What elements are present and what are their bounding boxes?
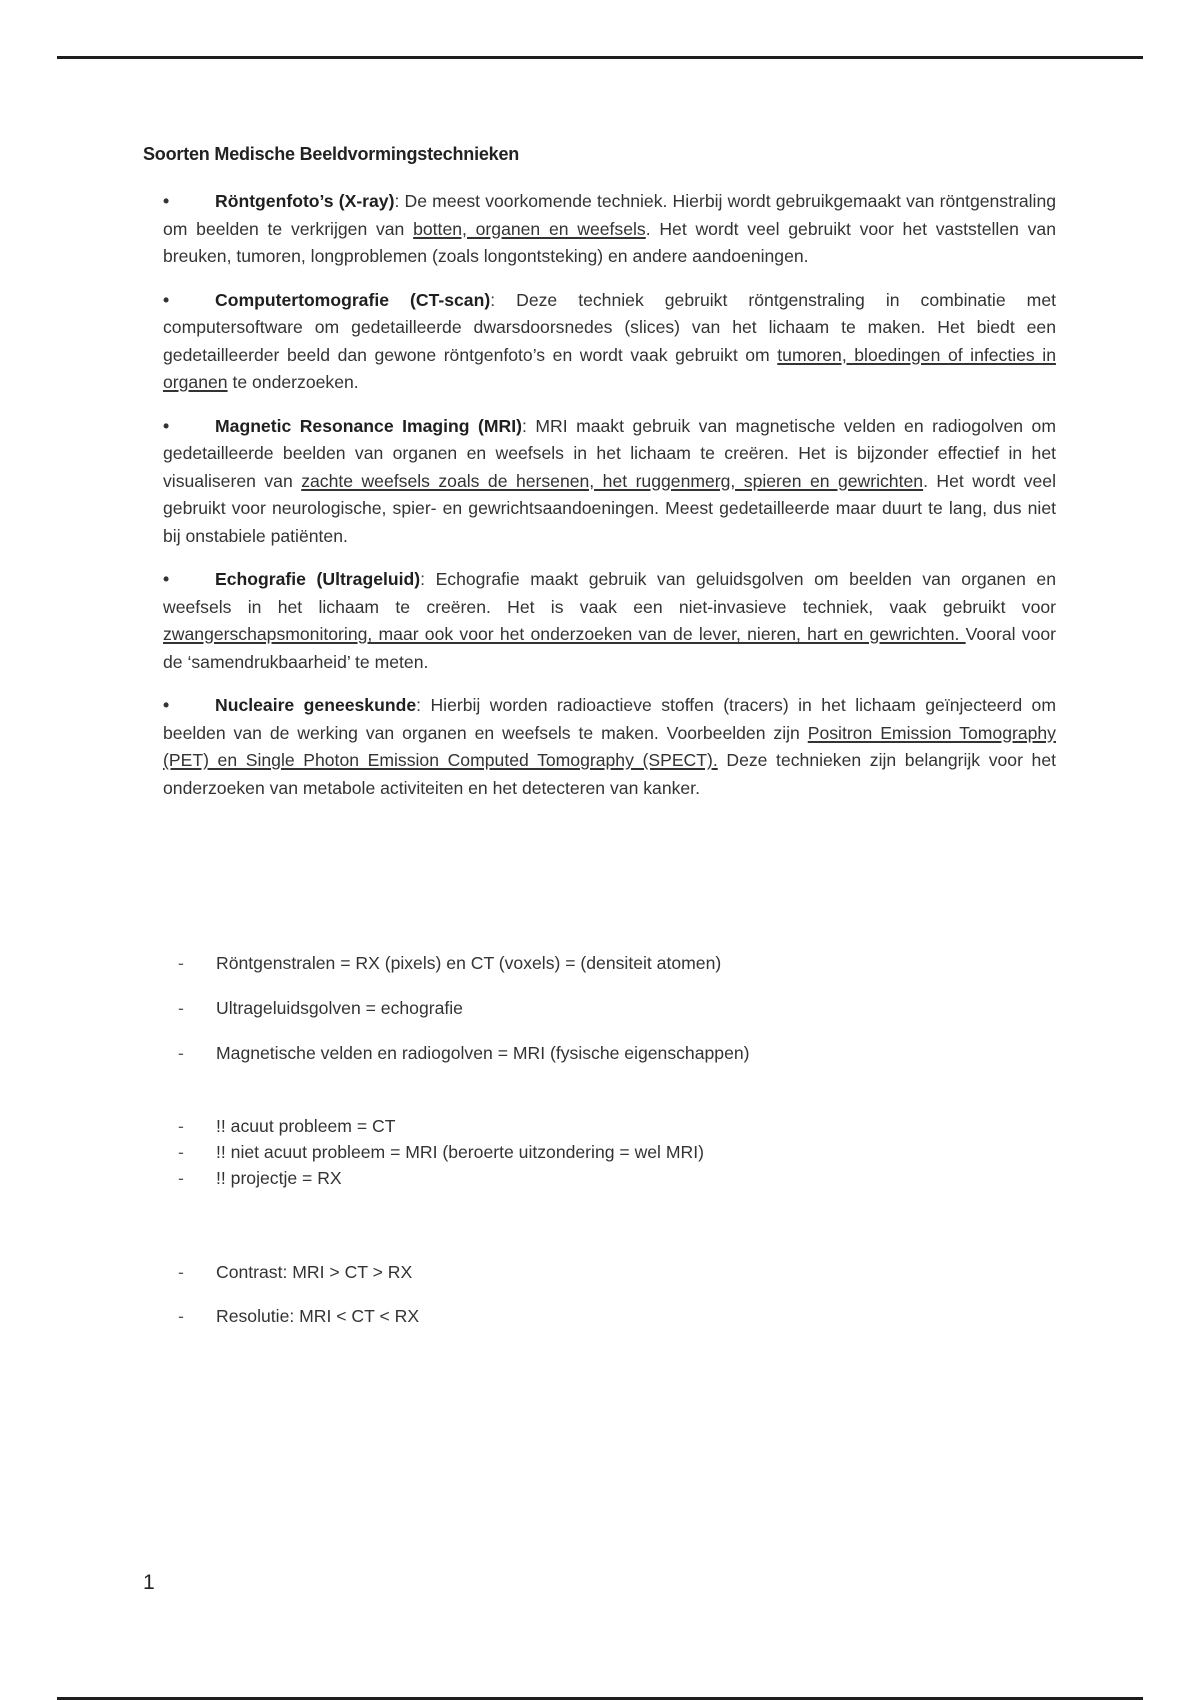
dash-icon: -: [178, 1040, 184, 1066]
section-heading: Computertomografie (CT-scan): [215, 290, 490, 310]
dash-icon: -: [178, 1113, 184, 1139]
note-text: Resolutie: MRI < CT < RX: [216, 1306, 419, 1326]
bullet-icon: •: [163, 413, 215, 441]
note-text: !! niet acuut probleem = MRI (beroerte u…: [216, 1142, 704, 1162]
dash-icon: -: [178, 1303, 184, 1329]
note-item: -!! projectje = RX: [178, 1165, 1058, 1191]
section-echo: •Echografie (Ultrageluid): Echografie ma…: [163, 566, 1056, 676]
notes-comparison: -Contrast: MRI > CT > RX-Resolutie: MRI …: [178, 1259, 1058, 1347]
section-xray: •Röntgenfoto’s (X-ray): De meest voorkom…: [163, 188, 1056, 271]
note-item: -!! niet acuut probleem = MRI (beroerte …: [178, 1139, 1058, 1165]
dash-icon: -: [178, 995, 184, 1021]
section-nuclear: •Nucleaire geneeskunde: Hierbij worden r…: [163, 692, 1056, 802]
technique-list: •Röntgenfoto’s (X-ray): De meest voorkom…: [163, 188, 1056, 818]
underlined-text: zwangerschapsmonitoring, maar ook voor h…: [163, 624, 966, 644]
dash-icon: -: [178, 1259, 184, 1285]
underlined-text: zachte weefsels zoals de hersenen, het r…: [301, 471, 923, 491]
note-text: Magnetische velden en radiogolven = MRI …: [216, 1043, 750, 1063]
section-heading: Nucleaire geneeskunde: [215, 695, 416, 715]
section-heading: Magnetic Resonance Imaging (MRI): [215, 416, 522, 436]
notes-indications: -!! acuut probleem = CT-!! niet acuut pr…: [178, 1113, 1058, 1191]
note-text: !! acuut probleem = CT: [216, 1116, 395, 1136]
bullet-icon: •: [163, 692, 215, 720]
dash-icon: -: [178, 950, 184, 976]
section-mri: •Magnetic Resonance Imaging (MRI): MRI m…: [163, 413, 1056, 551]
note-item: -Resolutie: MRI < CT < RX: [178, 1303, 1058, 1329]
bullet-icon: •: [163, 566, 215, 594]
note-text: Ultrageluidsgolven = echografie: [216, 998, 463, 1018]
underlined-text: botten, organen en weefsels: [413, 219, 646, 239]
header-rule: [57, 56, 1143, 59]
body-text: te onderzoeken.: [228, 372, 359, 392]
note-text: Contrast: MRI > CT > RX: [216, 1262, 412, 1282]
note-item: -Ultrageluidsgolven = echografie: [178, 995, 1058, 1021]
note-item: -Röntgenstralen = RX (pixels) en CT (vox…: [178, 950, 1058, 976]
dash-icon: -: [178, 1139, 184, 1165]
page-number: 1: [143, 1571, 155, 1595]
bullet-icon: •: [163, 188, 215, 216]
note-text: !! projectje = RX: [216, 1168, 342, 1188]
note-item: -Contrast: MRI > CT > RX: [178, 1259, 1058, 1285]
page-title: Soorten Medische Beeldvormingstechnieken: [143, 144, 519, 165]
section-ct: •Computertomografie (CT-scan): Deze tech…: [163, 287, 1056, 397]
note-item: -!! acuut probleem = CT: [178, 1113, 1058, 1139]
note-item: -Magnetische velden en radiogolven = MRI…: [178, 1040, 1058, 1066]
notes-modalities: -Röntgenstralen = RX (pixels) en CT (vox…: [178, 950, 1058, 1085]
section-heading: Echografie (Ultrageluid): [215, 569, 420, 589]
note-text: Röntgenstralen = RX (pixels) en CT (voxe…: [216, 953, 721, 973]
section-heading: Röntgenfoto’s (X-ray): [215, 191, 394, 211]
bullet-icon: •: [163, 287, 215, 315]
dash-icon: -: [178, 1165, 184, 1191]
